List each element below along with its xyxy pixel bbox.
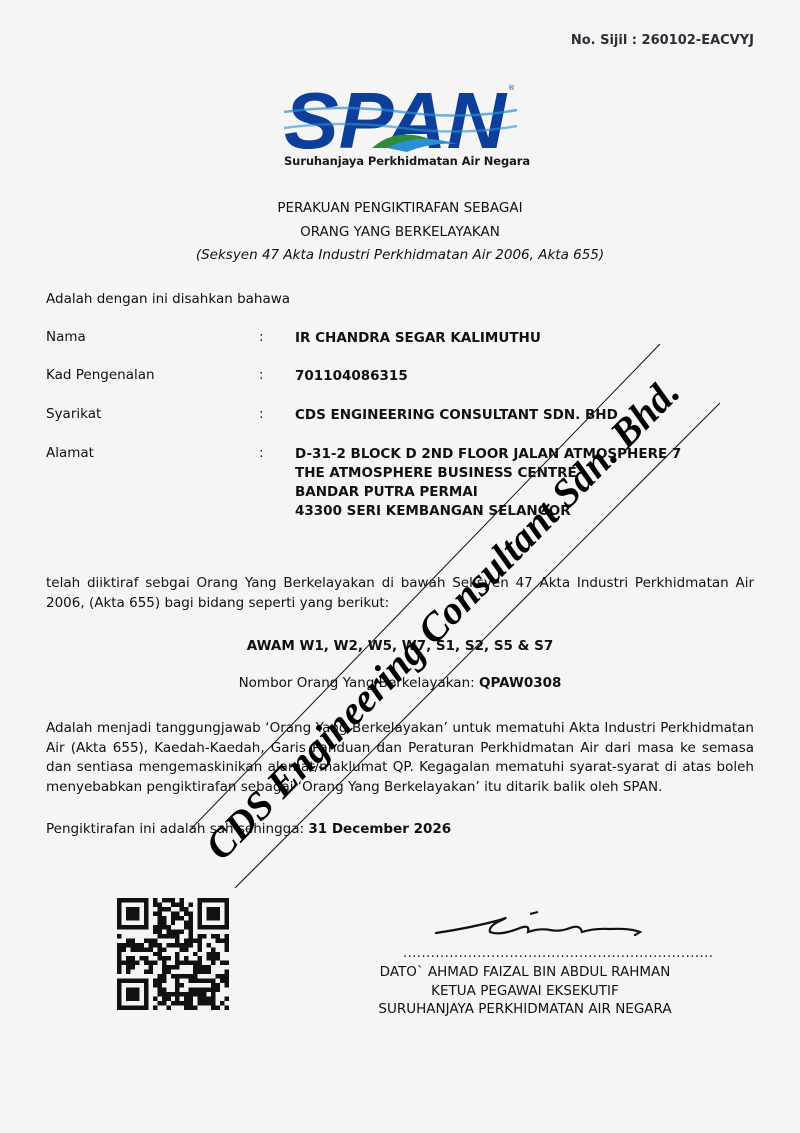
certificate-number: No. Sijil : 260102-EACVYJ — [571, 33, 754, 48]
recognition-line: telah diiktiraf sebgai Orang Yang Berkel… — [46, 574, 754, 594]
address-line-1: D-31-2 BLOCK D 2ND FLOOR JALAN ATMOSPHER… — [295, 445, 681, 464]
field-value-name: IR CHANDRA SEGAR KALIMUTHU — [295, 329, 541, 348]
field-colon: : — [259, 406, 264, 422]
signer-position: KETUA PEGAWAI EKSEKUTIF — [340, 983, 710, 999]
address-line-4: 43300 SERI KEMBANGAN SELANGOR — [295, 502, 681, 521]
qp-number-value: QPAW0308 — [479, 675, 561, 691]
responsibility-line: Air (Akta 655), Kaedah-Kaedah, Garis Pan… — [46, 739, 754, 759]
field-label-ic: Kad Pengenalan — [46, 367, 155, 383]
field-value-ic: 701104086315 — [295, 367, 408, 386]
signer-organisation: SURUHANJAYA PERKHIDMATAN AIR NEGARA — [340, 1001, 710, 1017]
field-label-address: Alamat — [46, 445, 94, 461]
logo-subtitle: Suruhanjaya Perkhidmatan Air Negara — [284, 154, 530, 168]
recognition-line: 2006, (Akta 655) bagi bidang seperti yan… — [46, 594, 754, 614]
field-colon: : — [259, 445, 264, 461]
registered-mark: ® — [508, 84, 515, 92]
address-line-3: BANDAR PUTRA PERMAI — [295, 483, 681, 502]
field-colon: : — [259, 367, 264, 383]
recognition-paragraph: telah diiktiraf sebgai Orang Yang Berkel… — [46, 574, 754, 613]
validity: Pengiktirafan ini adalah sah sehingga: 3… — [46, 821, 451, 837]
title-line-3: (Seksyen 47 Akta Industri Perkhidmatan A… — [0, 247, 800, 263]
field-value-address: D-31-2 BLOCK D 2ND FLOOR JALAN ATMOSPHER… — [295, 445, 681, 521]
fields-of-work: AWAM W1, W2, W5, W7, S1, S2, S5 & S7 — [0, 638, 800, 654]
signature-line: ........................................… — [403, 946, 713, 961]
title-line-1: PERAKUAN PENGIKTIRAFAN SEBAGAI — [0, 200, 800, 216]
signer-name: DATO` AHMAD FAIZAL BIN ABDUL RAHMAN — [340, 964, 710, 980]
title-line-2: ORANG YANG BERKELAYAKAN — [0, 224, 800, 240]
validity-date: 31 December 2026 — [308, 821, 451, 837]
field-colon: : — [259, 329, 264, 345]
responsibility-line: menyebabkan pengiktirafan sebagai ‘Orang… — [46, 778, 754, 798]
field-value-company: CDS ENGINEERING CONSULTANT SDN. BHD — [295, 406, 618, 425]
responsibility-line: Adalah menjadi tanggungjawab ‘Orang Yang… — [46, 719, 754, 739]
field-label-company: Syarikat — [46, 406, 101, 422]
qr-code[interactable] — [117, 898, 229, 1010]
responsibility-paragraph: Adalah menjadi tanggungjawab ‘Orang Yang… — [46, 719, 754, 797]
responsibility-line: dan sentiasa mengemaskinikan alamat/makl… — [46, 758, 754, 778]
signature-image — [430, 898, 660, 948]
validity-label: Pengiktirafan ini adalah sah sehingga: — [46, 821, 308, 837]
field-label-name: Nama — [46, 329, 86, 345]
address-line-2: THE ATMOSPHERE BUSINESS CENTRE — [295, 464, 681, 483]
qp-number-label: Nombor Orang Yang Berkelayakan: — [239, 675, 479, 691]
intro-text: Adalah dengan ini disahkan bahawa — [46, 291, 290, 307]
qp-number: Nombor Orang Yang Berkelayakan: QPAW0308 — [0, 675, 800, 691]
